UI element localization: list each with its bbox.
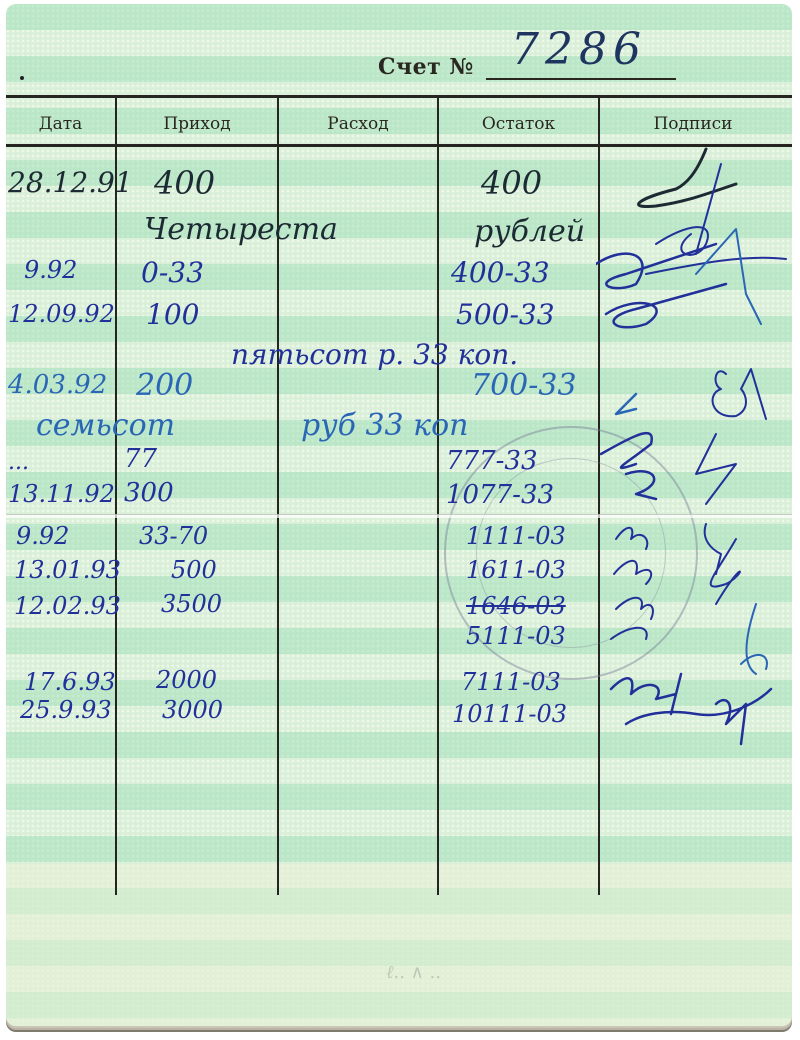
entry-income: 2000 <box>156 666 217 694</box>
entry-income: 3500 <box>161 590 222 618</box>
column-header-date: Дата <box>6 114 115 134</box>
entry-income-words: семьсот <box>36 408 175 443</box>
entry-income: 33-70 <box>139 522 208 550</box>
entry-balance: 400 <box>481 164 542 202</box>
entry-note-words: пятьсот р. 33 коп. <box>231 338 518 371</box>
entry-balance: 500-33 <box>456 298 555 331</box>
entry-balance: 5111-03 <box>466 622 566 650</box>
entry-balance: 7111-03 <box>461 668 561 696</box>
entry-balance-words: рублей <box>474 214 585 249</box>
signatures-scribbles <box>596 144 796 764</box>
ink-dot <box>20 76 24 80</box>
column-header-expense: Расход <box>279 114 437 134</box>
account-number-underline <box>486 78 676 80</box>
entry-balance: 777-33 <box>446 446 538 476</box>
entry-date: 9.92 <box>16 522 69 550</box>
header-top-rule <box>6 95 792 98</box>
entry-income: 500 <box>171 556 217 584</box>
entry-date: 13.01.93 <box>14 556 121 584</box>
entry-date: 12.09.92 <box>8 300 115 328</box>
column-divider-3 <box>437 98 439 895</box>
entry-expense-words: руб 33 коп <box>301 408 468 443</box>
entry-date: 25.9.93 <box>20 696 112 724</box>
entry-income: 100 <box>146 298 199 331</box>
column-divider-1 <box>115 98 117 895</box>
entry-income: 77 <box>124 444 157 474</box>
account-number: 7286 <box>511 24 647 75</box>
entry-date: ... <box>8 450 29 475</box>
column-header-signatures: Подписи <box>600 114 786 134</box>
entry-income: 300 <box>124 478 174 508</box>
entry-balance: 1611-03 <box>466 556 566 584</box>
entry-balance: 1077-33 <box>446 480 554 510</box>
entry-income-words: Четыреста <box>144 212 338 247</box>
entry-income: 0-33 <box>141 256 204 289</box>
entry-date: 4.03.92 <box>8 370 107 400</box>
entry-date: 13.11.92 <box>8 480 115 508</box>
entry-balance-struck: 1646-03 <box>466 592 566 620</box>
account-label: Счет № <box>378 54 474 80</box>
entry-income: 3000 <box>162 696 223 724</box>
entry-date: 9.92 <box>24 256 77 284</box>
entry-date: 12.02.93 <box>14 592 121 620</box>
entry-balance: 400-33 <box>451 256 550 289</box>
entry-income: 200 <box>136 368 193 403</box>
entry-date: 28.12.91 <box>8 166 133 199</box>
column-header-balance: Остаток <box>439 114 598 134</box>
passbook-page: Счет № 7286 Дата Приход Расход Остаток П… <box>6 4 792 1026</box>
entry-balance: 700-33 <box>471 368 577 403</box>
column-header-income: Приход <box>117 114 277 134</box>
page-lower-faded-area <box>6 864 792 1026</box>
entry-date: 17.6.93 <box>24 668 116 696</box>
entry-balance: 1111-03 <box>466 522 566 550</box>
faint-bleedthrough-text: ℓ.. ∧ .. <box>386 962 441 983</box>
entry-income: 400 <box>154 164 215 202</box>
entry-balance: 10111-03 <box>452 700 567 728</box>
